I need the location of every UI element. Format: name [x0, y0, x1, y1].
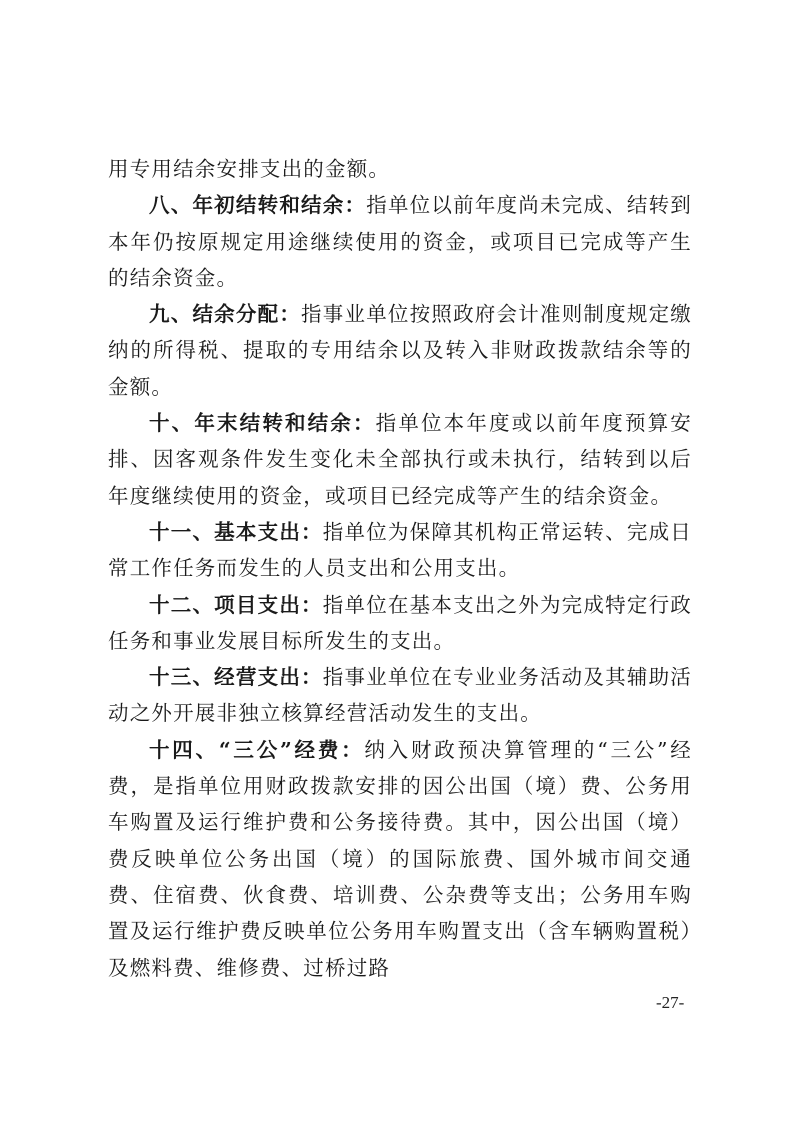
paragraph-text: 用专用结余安排支出的金额。 — [108, 157, 390, 181]
page-number: -27- — [656, 993, 684, 1013]
term-label: 十一、基本支出： — [149, 520, 323, 544]
document-body: 用专用结余安排支出的金额。 八、年初结转和结余：指单位以前年度尚未完成、结转到本… — [108, 151, 692, 986]
paragraph-year-end-carryover: 十、年末结转和结余：指单位本年度或以前年度预算安排、因客观条件发生变化未全部执行… — [108, 405, 692, 514]
term-label: 十三、经营支出： — [149, 665, 323, 689]
term-label: 八、年初结转和结余： — [149, 193, 366, 217]
paragraph-three-public-expenses: 十四、“三公”经费：纳入财政预决算管理的“三公”经费，是指单位用财政拨款安排的因… — [108, 732, 692, 986]
paragraph-text: 纳入财政预决算管理的“三公”经费，是指单位用财政拨款安排的因公出国（境）费、公务… — [108, 738, 692, 980]
paragraph-operating-expenditure: 十三、经营支出：指事业单位在专业业务活动及其辅助活动之外开展非独立核算经营活动发… — [108, 659, 692, 732]
document-page: 用专用结余安排支出的金额。 八、年初结转和结余：指单位以前年度尚未完成、结转到本… — [0, 0, 793, 1122]
term-label: 十二、项目支出： — [149, 593, 323, 617]
term-label: 十四、“三公”经费： — [149, 738, 364, 762]
paragraph-surplus-distribution: 九、结余分配：指事业单位按照政府会计准则制度规定缴纳的所得税、提取的专用结余以及… — [108, 296, 692, 405]
paragraph-project-expenditure: 十二、项目支出：指单位在基本支出之外为完成特定行政任务和事业发展目标所发生的支出… — [108, 587, 692, 660]
paragraph-basic-expenditure: 十一、基本支出：指单位为保障其机构正常运转、完成日常工作任务而发生的人员支出和公… — [108, 514, 692, 587]
term-label: 九、结余分配： — [149, 302, 301, 326]
paragraph-continuation: 用专用结余安排支出的金额。 — [108, 151, 692, 187]
paragraph-year-start-carryover: 八、年初结转和结余：指单位以前年度尚未完成、结转到本年仍按原规定用途继续使用的资… — [108, 187, 692, 296]
term-label: 十、年末结转和结余： — [149, 411, 376, 435]
